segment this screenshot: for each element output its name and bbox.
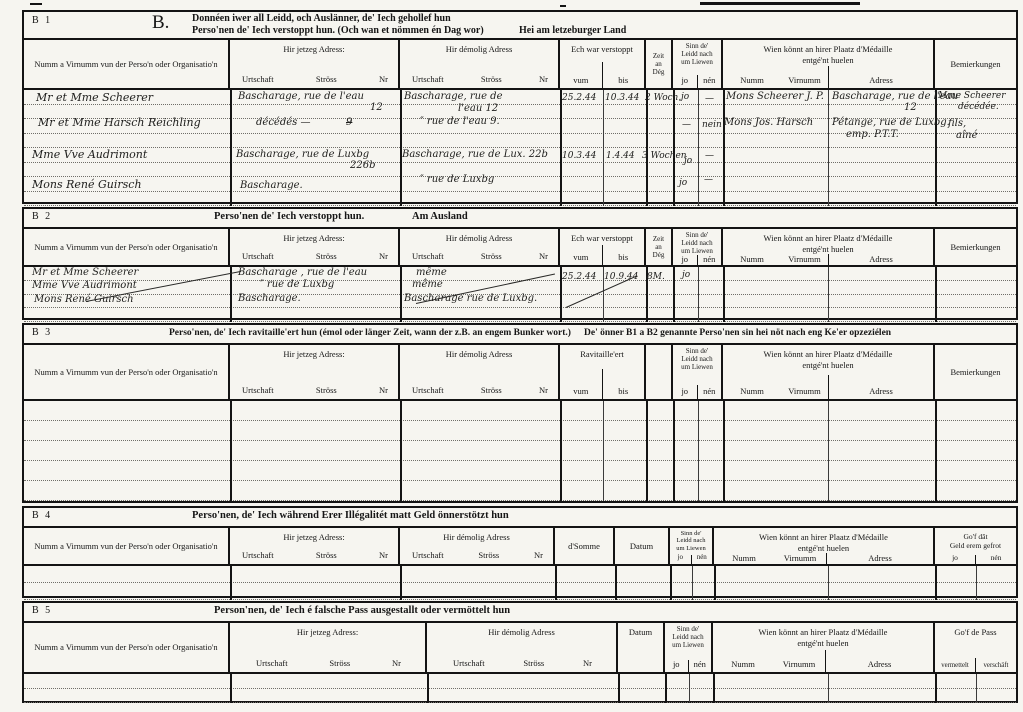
numm-label: Numm — [714, 553, 774, 566]
jetzeg-label: Hir jetzeg Adress: — [230, 233, 398, 244]
nen-label: nén — [697, 75, 722, 88]
gof-geld-label-1: Go'f dât — [935, 532, 1016, 541]
adress-label: Adress — [825, 650, 933, 672]
wien-label-2: entgé'nt huelen — [723, 244, 933, 255]
nr-label: Nr — [534, 550, 543, 561]
col-name: Numm a Virnumm vun der Perso'n oder Orga… — [24, 528, 230, 564]
b5-title: Person'nen, de' Iech é falsche Pass ausg… — [214, 605, 510, 616]
b4-title-band: B 4 Perso'nen, de' Iech während Erer Ill… — [24, 508, 1016, 528]
nr-label: Nr — [392, 658, 401, 669]
nen-label: nén — [975, 555, 1016, 564]
numm-label: Numm — [723, 375, 781, 399]
col-bemierkungen: Bemierkungen — [935, 345, 1016, 399]
sinn-label-3: um Liewen — [665, 641, 711, 649]
jo-label: jo — [673, 385, 697, 399]
hw-nen: — — [705, 94, 714, 104]
col-sinn: Sinn de' Leidd nach um Liewen jo nén — [670, 528, 714, 564]
demolig-label: Hir démolig Adress — [400, 233, 558, 244]
hw-demolig: Bascharage rue de Luxbg. — [404, 293, 537, 304]
col-verstoppt: Ech war verstoppt vum bis — [560, 40, 646, 88]
zeit-label-1: Zeit — [646, 235, 671, 243]
hw-bis: 1.4.44 — [606, 151, 635, 161]
stross-label: Ströss — [481, 385, 502, 396]
urtschaft-label: Urtschaft — [453, 658, 485, 669]
sinn-label-2: Leidd nach — [673, 50, 721, 58]
zeit-label-1: Zeit — [646, 52, 671, 60]
virnumm-label: Virnumm — [774, 553, 826, 566]
col-sinn: Sinn de' Leidd nach um Liewen jo nén — [673, 40, 723, 88]
nr-label: Nr — [539, 251, 548, 262]
hw-demolig: ″ rue de Luxbg — [420, 174, 494, 185]
sinn-label-1: Sinn de' — [673, 347, 721, 355]
hw-demolig: Bascharage, rue de Lux. 22b — [402, 149, 548, 160]
nen-label: nén — [688, 660, 712, 672]
demolig-label: Hir démolig Adress — [427, 627, 616, 638]
scan-mark — [560, 5, 566, 7]
hw-jetzeg: ″ rue de Luxbg — [260, 279, 334, 290]
b2-data: Mr et Mme Scheerer Mme Vve Audrimont Mon… — [24, 267, 1016, 322]
urtschaft-label: Urtschaft — [242, 385, 274, 396]
col-jetzeg: Hir jetzeg Adress: Urtschaft Ströss Nr — [230, 345, 400, 399]
col-demolig: Hir démolig Adress Urtschaft Ströss Nr — [400, 345, 560, 399]
numm-label: Numm — [713, 650, 773, 672]
gof-pass-label: Go'f de Pass — [935, 627, 1016, 638]
sinn-label-2: Leidd nach — [673, 239, 721, 247]
sinn-label-3: um Liewen — [670, 545, 712, 552]
nr-label: Nr — [583, 658, 592, 669]
col-spacer — [646, 345, 673, 399]
wien-label-1: Wien könnt an hirer Plaatz d'Médaille — [723, 233, 933, 244]
col-name-label: Numm a Virnumm vun der Perso'n oder Orga… — [26, 642, 226, 653]
b5-header: Numm a Virnumm vun der Perso'n oder Orga… — [24, 623, 1016, 674]
hw-name: Mme Vve Audrimont — [32, 148, 147, 161]
adress-label: Adress — [828, 66, 933, 88]
col-ravitailleert: Ravitaille'ert vum bis — [560, 345, 646, 399]
wien-label-2: entgé'nt huelen — [723, 55, 933, 66]
datum-label: Datum — [617, 541, 666, 552]
urtschaft-label: Urtschaft — [412, 251, 444, 262]
stross-label: Ströss — [316, 74, 337, 85]
hw-name: Mons René Guirsch — [32, 178, 142, 191]
scan-mark — [30, 3, 42, 5]
bemierkungen-label: Bemierkungen — [937, 242, 1014, 253]
hw-name: Mr et Mme Scheerer — [36, 91, 153, 104]
zeit-label-3: Dég — [646, 68, 671, 76]
col-name-label: Numm a Virnumm vun der Perso'n oder Orga… — [26, 242, 226, 253]
sinn-label-1: Sinn de' — [673, 231, 721, 239]
hw-demolig-nr: l'eau 12 — [458, 103, 498, 114]
jo-label: jo — [673, 255, 697, 266]
hw-demolig: ″ rue de l'eau 9. — [420, 116, 500, 127]
col-name: Numm a Virnumm vun der Perso'n oder Orga… — [24, 229, 230, 265]
hw-jetzeg: décédés — — [256, 117, 310, 128]
bis-label: bis — [602, 62, 645, 88]
b3-title: Perso'nen, de' Iech ravitaille'ert hun (… — [169, 328, 571, 338]
adress-label: Adress — [828, 254, 933, 267]
nr-label: Nr — [379, 74, 388, 85]
col-name: Numm a Virnumm vun der Perso'n oder Orga… — [24, 40, 230, 88]
b4-title: Perso'nen, de' Iech während Erer Illégal… — [192, 510, 509, 521]
wien-label-1: Wien könnt an hirer Plaatz d'Médaille — [714, 532, 933, 543]
sinn-label-3: um Liewen — [673, 363, 721, 371]
hw-jetzeg-struck: 9 — [346, 117, 352, 128]
col-name: Numm a Virnumm vun der Perso'n oder Orga… — [24, 345, 230, 399]
col-jetzeg: Hir jetzeg Adress: Urtschaft Ströss Nr — [230, 623, 427, 672]
sinn-label-1: Sinn de' — [665, 625, 711, 633]
wien-label-1: Wien könnt an hirer Plaatz d'Médaille — [713, 627, 933, 638]
nr-label: Nr — [539, 74, 548, 85]
hw-wien-adress: Pétange, rue de Luxbg. — [832, 117, 950, 128]
numm-label: Numm — [723, 254, 781, 267]
stross-label: Ströss — [316, 385, 337, 396]
col-jetzeg: Hir jetzeg Adress: Urtschaft Ströss Nr — [230, 40, 400, 88]
b5-data — [24, 674, 1016, 703]
b1-header: Numm a Virnumm vun der Perso'n oder Orga… — [24, 40, 1016, 90]
virnumm-label: Virnumm — [773, 650, 825, 672]
nr-label: Nr — [379, 251, 388, 262]
virnumm-label: Virnumm — [781, 375, 828, 399]
hw-jo: jo — [679, 178, 687, 188]
nen-label: nén — [697, 255, 722, 266]
sinn-label-1: Sinn de' — [670, 530, 712, 537]
hw-bis: 10.3.44 — [605, 93, 639, 103]
col-name: Numm a Virnumm vun der Perso'n oder Orga… — [24, 623, 230, 672]
verschaft-label: verschäft — [975, 658, 1016, 672]
hw-name: Mr et Mme Scheerer — [32, 267, 138, 278]
urtschaft-label: Urtschaft — [412, 74, 444, 85]
b2-header: Numm a Virnumm vun der Perso'n oder Orga… — [24, 229, 1016, 267]
col-wien: Wien könnt an hirer Plaatz d'Médaille en… — [723, 345, 935, 399]
b4-header: Numm a Virnumm vun der Perso'n oder Orga… — [24, 528, 1016, 566]
b2-title: Perso'nen de' Iech verstoppt hun. — [214, 211, 364, 222]
stross-label: Ströss — [316, 251, 337, 262]
col-bemierkungen: Bemierkungen — [935, 229, 1016, 265]
hw-wien-adress-nr: 12 — [904, 102, 917, 113]
stross-label: Ströss — [523, 658, 544, 669]
hw-bemierkung: décédée. — [958, 102, 999, 112]
nr-label: Nr — [539, 385, 548, 396]
b3-data — [24, 401, 1016, 501]
scan-mark — [700, 2, 860, 5]
b3-header: Numm a Virnumm vun der Perso'n oder Orga… — [24, 345, 1016, 401]
demolig-label: Hir démolig Adress — [400, 44, 558, 55]
col-verstoppt: Ech war verstoppt vum bis — [560, 229, 646, 265]
stross-label: Ströss — [329, 658, 350, 669]
stross-label: Ströss — [478, 550, 499, 561]
hw-demolig: même — [412, 279, 443, 290]
col-datum: Datum — [615, 528, 670, 564]
b1-title-line1: Donnéen iwer all Leidd, och Auslänner, d… — [192, 13, 451, 24]
urtschaft-label: Urtschaft — [242, 251, 274, 262]
vermettelt-label: vermettelt — [935, 658, 975, 672]
hw-wien-numm: Mons Jos. Harsch — [724, 117, 813, 128]
hw-name: Mr et Mme Harsch Reichling — [38, 116, 201, 129]
nen-label: nén — [691, 555, 713, 564]
hw-jetzeg: Bascharage, rue de l'eau — [238, 91, 364, 102]
sinn-label-2: Leidd nach — [670, 537, 712, 544]
col-bemierkungen: Bemierkungen — [935, 40, 1016, 88]
hw-bemierkung: fils, — [948, 118, 966, 129]
stross-label: Ströss — [481, 251, 502, 262]
section-b4: B 4 Perso'nen, de' Iech während Erer Ill… — [22, 506, 1018, 598]
hw-zeit: 8M. — [647, 272, 665, 282]
jo-label: jo — [665, 660, 688, 672]
nr-label: Nr — [379, 550, 388, 561]
hw-jetzeg: Bascharage , rue de l'eau — [238, 267, 367, 278]
wien-label-1: Wien könnt an hirer Plaatz d'Médaille — [723, 349, 933, 360]
b1-title-band: B 1 B. Donnéen iwer all Leidd, och Auslä… — [24, 12, 1016, 40]
urtschaft-label: Urtschaft — [412, 385, 444, 396]
col-wien: Wien könnt an hirer Plaatz d'Médaille en… — [723, 40, 935, 88]
wien-label-2: entgé'nt huelen — [714, 543, 933, 554]
hw-jetzeg-nr: 12 — [370, 102, 383, 113]
adress-label: Adress — [826, 553, 933, 566]
numm-label: Numm — [723, 66, 781, 88]
zeit-label-3: Dég — [646, 251, 671, 259]
col-jetzeg: Hir jetzeg Adress: Urtschaft Ströss Nr — [230, 229, 400, 265]
b1-title-line2: Perso'nen de' Iech verstoppt hun. (Och w… — [192, 25, 484, 36]
b1-label: B 1 — [32, 15, 52, 26]
col-wien: Wien könnt an hirer Plaatz d'Médaille en… — [713, 623, 935, 672]
sinn-label-2: Leidd nach — [673, 355, 721, 363]
col-demolig: Hir démolig Adress Urtschaft Ströss Nr — [400, 40, 560, 88]
vum-label: vum — [560, 62, 602, 88]
bemierkungen-label: Bemierkungen — [937, 59, 1014, 70]
ravitailleert-label: Ravitaille'ert — [560, 349, 644, 360]
hw-zeit: 2 Woch. — [645, 93, 681, 103]
jo-label: jo — [673, 75, 697, 88]
b4-label: B 4 — [32, 510, 52, 521]
b1-big-letter: B. — [152, 12, 169, 34]
b2-title-band: B 2 Perso'nen de' Iech verstoppt hun. Am… — [24, 209, 1016, 229]
bemierkungen-label: Bemierkungen — [937, 367, 1014, 378]
jetzeg-label: Hir jetzeg Adress: — [230, 627, 425, 638]
b3-label: B 3 — [32, 327, 52, 338]
sinn-label-3: um Liewen — [673, 58, 721, 66]
hw-jo: jo — [684, 156, 692, 166]
b2-label: B 2 — [32, 211, 52, 222]
b5-title-band: B 5 Person'nen, de' Iech é falsche Pass … — [24, 603, 1016, 623]
col-name-label: Numm a Virnumm vun der Perso'n oder Orga… — [26, 367, 226, 378]
hw-vum: 25.2.44 — [562, 93, 596, 103]
hw-jo: jo — [681, 92, 689, 102]
bis-label: bis — [602, 245, 645, 265]
hw-wien-adress2: emp. P.T.T. — [846, 129, 899, 140]
zeit-label-2: an — [646, 243, 671, 251]
gof-geld-label-2: Geld erem gefrot — [935, 541, 1016, 550]
vum-label: vum — [560, 369, 602, 399]
hw-demolig: même — [416, 267, 447, 278]
urtschaft-label: Urtschaft — [256, 658, 288, 669]
hw-bemierkung: Mme Scheerer — [938, 91, 1006, 101]
col-datum: Datum — [618, 623, 665, 672]
hw-wien-numm: Mons Scheerer J. P. — [726, 91, 824, 102]
col-sinn: Sinn de' Leidd nach um Liewen jo nén — [673, 345, 723, 399]
col-wien: Wien könnt an hirer Plaatz d'Médaille en… — [723, 229, 935, 265]
col-gof-geld: Go'f dât Geld erem gefrot jo nén — [935, 528, 1016, 564]
col-demolig: Hir démolig Adress Urtschaft Ströss Nr — [400, 229, 560, 265]
col-demolig: Hir démolig Adress Urtschaft Ströss Nr — [400, 528, 555, 564]
col-sinn: Sinn de' Leidd nach um Liewen jo nén — [673, 229, 723, 265]
b1-title-right: Hei am letzeburger Land — [519, 25, 626, 36]
section-b3: B 3 Perso'nen, de' Iech ravitaille'ert h… — [22, 323, 1018, 503]
hw-nen: nein — [702, 120, 722, 130]
urtschaft-label: Urtschaft — [242, 74, 274, 85]
col-wien: Wien könnt an hirer Plaatz d'Médaille en… — [714, 528, 935, 564]
bis-label: bis — [602, 369, 645, 399]
zeit-label-2: an — [646, 60, 671, 68]
hw-vum: 10.3.44 — [562, 151, 596, 161]
hw-demolig: Bascharage, rue de — [404, 91, 503, 102]
col-zeit: Zeit an Dég — [646, 40, 673, 88]
hw-zeit: 3 Wochen — [642, 151, 687, 161]
section-b5: B 5 Person'nen, de' Iech é falsche Pass … — [22, 601, 1018, 703]
b3-title-2: De' önner B1 a B2 genannte Perso'nen sin… — [584, 328, 891, 338]
col-sinn: Sinn de' Leidd nach um Liewen jo nén — [665, 623, 713, 672]
wien-label-2: entgé'nt huelen — [713, 638, 933, 649]
somme-label: d'Somme — [557, 541, 611, 552]
urtschaft-label: Urtschaft — [412, 550, 444, 561]
vum-label: vum — [560, 245, 602, 265]
section-b1: B 1 B. Donnéen iwer all Leidd, och Auslä… — [22, 10, 1018, 204]
hw-jo: — — [682, 120, 691, 130]
hw-nen: — — [705, 151, 714, 161]
col-somme: d'Somme — [555, 528, 615, 564]
jo-label: jo — [935, 555, 975, 564]
urtschaft-label: Urtschaft — [242, 550, 274, 561]
virnumm-label: Virnumm — [781, 254, 828, 267]
wien-label-1: Wien könnt an hirer Plaatz d'Médaille — [723, 44, 933, 55]
datum-label: Datum — [618, 627, 663, 638]
nr-label: Nr — [379, 385, 388, 396]
hw-jetzeg: Bascharage. — [238, 293, 301, 304]
col-gof-pass: Go'f de Pass vermettelt verschäft — [935, 623, 1016, 672]
hw-bemierkung: aîné — [956, 130, 978, 141]
jetzeg-label: Hir jetzeg Adress: — [230, 44, 398, 55]
virnumm-label: Virnumm — [781, 66, 828, 88]
sinn-label-1: Sinn de' — [673, 42, 721, 50]
jo-label: jo — [670, 555, 691, 564]
hw-name: Mme Vve Audrimont — [32, 280, 137, 291]
hw-nen: — — [704, 175, 713, 185]
hw-jetzeg-nr: 226b — [350, 160, 376, 171]
demolig-label: Hir démolig Adress — [400, 349, 558, 360]
b2-title-right: Am Ausland — [412, 211, 468, 222]
nen-label: nén — [697, 385, 722, 399]
verstoppt-label: Ech war verstoppt — [560, 44, 644, 55]
b5-label: B 5 — [32, 605, 52, 616]
sinn-label-2: Leidd nach — [665, 633, 711, 641]
jetzeg-label: Hir jetzeg Adress: — [230, 349, 398, 360]
col-demolig: Hir démolig Adress Urtschaft Ströss Nr — [427, 623, 618, 672]
col-name-label: Numm a Virnumm vun der Perso'n oder Orga… — [26, 59, 226, 70]
hw-jetzeg: Bascharage. — [240, 180, 303, 191]
hw-jo: jo — [682, 270, 690, 280]
b3-title-band: B 3 Perso'nen, de' Iech ravitaille'ert h… — [24, 325, 1016, 345]
verstoppt-label: Ech war verstoppt — [560, 233, 644, 244]
jetzeg-label: Hir jetzeg Adress: — [230, 532, 398, 543]
col-zeit: Zeit an Dég — [646, 229, 673, 265]
scanned-form-page: B 1 B. Donnéen iwer all Leidd, och Auslä… — [0, 0, 1023, 712]
col-jetzeg: Hir jetzeg Adress: Urtschaft Ströss Nr — [230, 528, 400, 564]
hw-jetzeg: Bascharage, rue de Luxbg — [236, 149, 369, 160]
stross-label: Ströss — [481, 74, 502, 85]
col-name-label: Numm a Virnumm vun der Perso'n oder Orga… — [26, 541, 226, 552]
b4-data — [24, 566, 1016, 600]
b1-data: Mr et Mme Scheerer Bascharage, rue de l'… — [24, 90, 1016, 206]
stross-label: Ströss — [316, 550, 337, 561]
hw-vum: 25.2.44 — [562, 272, 596, 282]
wien-label-2: entgé'nt huelen — [723, 360, 933, 371]
demolig-label: Hir démolig Adress — [400, 532, 553, 543]
adress-label: Adress — [828, 375, 933, 399]
section-b2: B 2 Perso'nen de' Iech verstoppt hun. Am… — [22, 207, 1018, 320]
